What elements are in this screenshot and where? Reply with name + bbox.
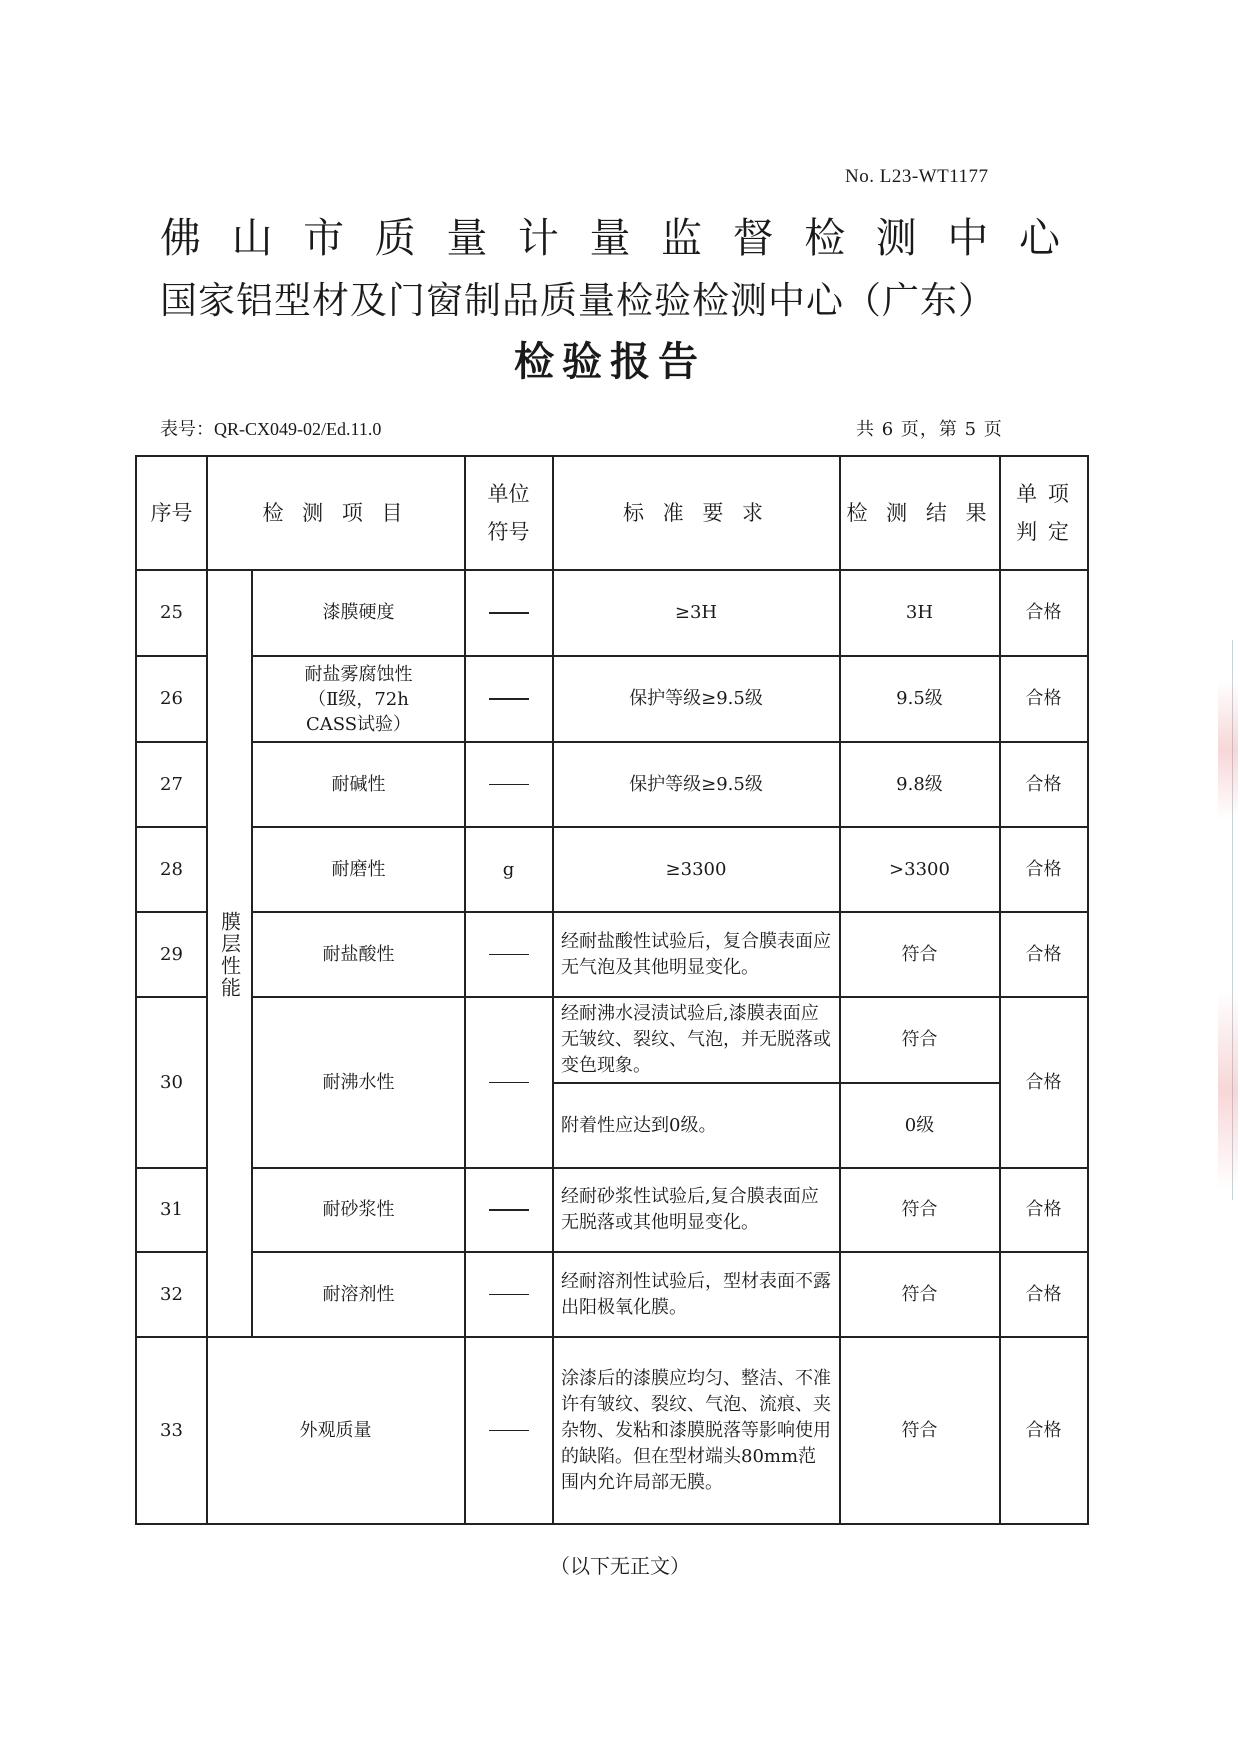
row-seq: 28 [137, 828, 206, 911]
row-unit [465, 571, 552, 655]
group-label-film-performance: 膜层性能 [207, 890, 251, 1020]
row-item: 漆膜硬度 [253, 571, 464, 655]
header-judgement-line1: 单 项 [1016, 475, 1071, 513]
row-seq: 29 [137, 913, 206, 996]
org-char: 质 [375, 205, 416, 264]
row-unit [465, 1253, 552, 1336]
page-info: 共 6 页，第 5 页 [856, 415, 1003, 441]
header-unit-line2: 符号 [488, 513, 530, 551]
row-judgement: 合格 [1000, 998, 1087, 1167]
table-border [1087, 455, 1089, 1525]
row-requirement: ≥3300 [553, 828, 839, 911]
seal-stamp-fragment-icon [1218, 990, 1238, 1190]
table-border [135, 1523, 1089, 1525]
row-unit: g [465, 828, 552, 911]
row-item: 外观质量 [207, 1338, 464, 1523]
row-requirement: ≥3H [553, 571, 839, 655]
header-seq: 序号 [137, 457, 206, 569]
row-item: 耐盐雾腐蚀性 （Ⅱ级，72h CASS试验） [253, 657, 464, 741]
header-item: 检 测 项 目 [207, 457, 464, 569]
row-result: 符合 [840, 1169, 999, 1251]
row-result: 符合 [840, 913, 999, 996]
row-seq: 27 [137, 743, 206, 826]
national-center-name: 国家铝型材及门窗制品质量检验检测中心（广东） [160, 270, 1060, 324]
row-requirement: 保护等级≥9.5级 [553, 743, 839, 826]
org-char: 量 [446, 205, 487, 264]
row-result: 9.8级 [840, 743, 999, 826]
row-result: 符合 [840, 1253, 999, 1336]
dash-icon [489, 784, 529, 786]
row-unit [465, 1338, 552, 1523]
seal-stamp-fragment-icon [1218, 680, 1238, 820]
row-judgement: 合格 [1000, 1338, 1087, 1523]
row-requirement: 经耐砂浆性试验后,复合膜表面应无脱落或其他明显变化。 [553, 1169, 839, 1251]
row-seq: 25 [137, 571, 206, 655]
header-requirement: 标 准 要 求 [553, 457, 839, 569]
row-seq: 26 [137, 657, 206, 741]
row-item: 耐盐酸性 [253, 913, 464, 996]
row-item: 耐磨性 [253, 828, 464, 911]
header-judgement: 单 项 判 定 [1000, 457, 1087, 569]
row-unit [465, 743, 552, 826]
report-number: No. L23-WT1177 [845, 166, 989, 188]
org-char: 检 [804, 205, 845, 264]
dash-icon [489, 1294, 529, 1296]
org-char: 山 [232, 205, 273, 264]
org-char: 心 [1019, 205, 1060, 264]
row-item: 耐砂浆性 [253, 1169, 464, 1251]
org-char: 佛 [160, 205, 201, 264]
row-result-boiling: 符合 [840, 998, 999, 1082]
org-char: 量 [589, 205, 630, 264]
dash-icon [489, 1082, 529, 1084]
org-char: 督 [733, 205, 774, 264]
row-seq: 33 [137, 1338, 206, 1523]
report-title: 检验报告 [0, 330, 1220, 387]
row-requirement-adhesion: 附着性应达到0级。 [553, 1084, 839, 1167]
dash-icon [489, 954, 529, 956]
organization-name: 佛 山 市 质 量 计 量 监 督 检 测 中 心 [160, 205, 1060, 264]
row-result: 符合 [840, 1338, 999, 1523]
org-char: 计 [518, 205, 559, 264]
row-judgement: 合格 [1000, 1253, 1087, 1336]
header-judgement-line2: 判 定 [1016, 513, 1071, 551]
row-seq: 30 [137, 998, 206, 1167]
row-result-adhesion: 0级 [840, 1084, 999, 1167]
row-item: 耐碱性 [253, 743, 464, 826]
row-unit [465, 913, 552, 996]
row-seq: 32 [137, 1253, 206, 1336]
dash-icon [489, 698, 529, 700]
org-char: 中 [947, 205, 988, 264]
dash-icon [489, 612, 529, 614]
row-judgement: 合格 [1000, 828, 1087, 911]
row-requirement: 经耐盐酸性试验后，复合膜表面应无气泡及其他明显变化。 [553, 913, 839, 996]
dash-icon [489, 1209, 529, 1211]
row-judgement: 合格 [1000, 657, 1087, 741]
row-result: 9.5级 [840, 657, 999, 741]
row-requirement: 涂漆后的漆膜应均匀、整洁、不准许有皱纹、裂纹、气泡、流痕、夹杂物、发粘和漆膜脱落… [553, 1338, 839, 1523]
header-result: 检 测 结 果 [840, 457, 999, 569]
org-char: 监 [661, 205, 702, 264]
form-number: 表号：QR-CX049-02/Ed.11.0 [160, 415, 381, 441]
row-judgement: 合格 [1000, 913, 1087, 996]
header-unit-line1: 单位 [488, 475, 530, 513]
dash-icon [489, 1430, 529, 1432]
row-unit [465, 1169, 552, 1251]
row-item: 耐沸水性 [253, 998, 464, 1167]
row-seq: 31 [137, 1169, 206, 1251]
row-judgement: 合格 [1000, 571, 1087, 655]
row-result: 3H [840, 571, 999, 655]
row-requirement-boiling: 经耐沸水浸渍试验后,漆膜表面应无皱纹、裂纹、气泡，并无脱落或变色现象。 [553, 998, 839, 1082]
row-judgement: 合格 [1000, 1169, 1087, 1251]
end-of-text-note: （以下无正文） [0, 1550, 1240, 1579]
row-unit [465, 998, 552, 1167]
row-unit [465, 657, 552, 741]
org-char: 测 [876, 205, 917, 264]
row-requirement: 保护等级≥9.5级 [553, 657, 839, 741]
row-result: >3300 [840, 828, 999, 911]
row-item: 耐溶剂性 [253, 1253, 464, 1336]
row-judgement: 合格 [1000, 743, 1087, 826]
org-char: 市 [303, 205, 344, 264]
header-unit: 单位 符号 [465, 457, 552, 569]
row-requirement: 经耐溶剂性试验后，型材表面不露出阳极氧化膜。 [553, 1253, 839, 1336]
